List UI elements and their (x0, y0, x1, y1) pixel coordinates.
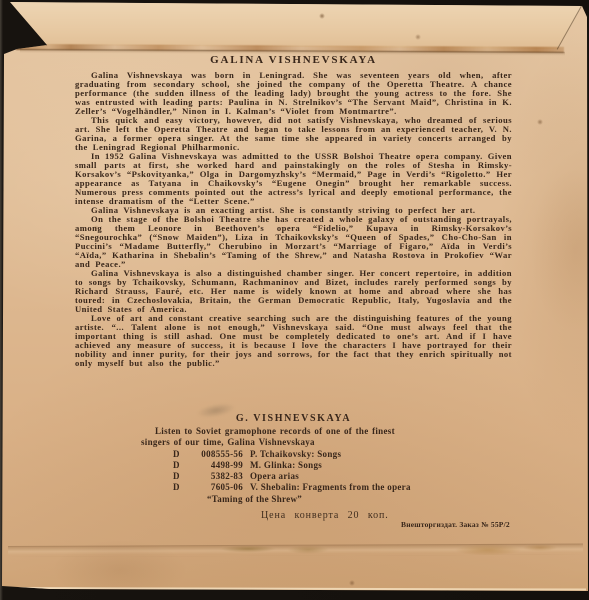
discography-heading: G. VISHNEVSKAYA (75, 413, 512, 424)
record-row: D 5382-83 Opera arias (173, 471, 512, 482)
record-label: D (173, 482, 187, 493)
record-list: D 008555-56 P. Tchaikovsky: Songs D 4498… (173, 449, 512, 505)
publisher-imprint: Внешторгиздат. Заказ № 55Р/2 (401, 520, 510, 529)
sleeve-title: GALINA VISHNEVSKAYA (75, 54, 512, 66)
record-row: D 4498-99 M. Glinka: Songs (173, 460, 512, 471)
record-title: Opera arias (250, 471, 299, 482)
bio-paragraph: Galina Vishnevskaya was born in Leningra… (75, 71, 512, 116)
biography-text: Galina Vishnevskaya was born in Leningra… (75, 71, 512, 368)
price-text: Цена конверта 20 коп. (261, 510, 389, 521)
record-label: D (173, 471, 187, 482)
record-sleeve-back: GALINA VISHNEVSKAYA Galina Vishnevskaya … (0, 0, 589, 600)
record-number: 4498-99 (187, 460, 250, 471)
bio-paragraph: This quick and easy victory, however, di… (75, 116, 512, 152)
record-title-continuation: “Taming of the Shrew” (207, 494, 512, 505)
record-row: D 008555-56 P. Tchaikovsky: Songs (173, 449, 512, 460)
bio-paragraph: In 1952 Galina Vishnevskaya was admitted… (75, 152, 512, 206)
record-row: D 7605-06 V. Shebalin: Fragments from th… (173, 482, 512, 493)
photo-background: GALINA VISHNEVSKAYA Galina Vishnevskaya … (0, 0, 589, 600)
record-title: M. Glinka: Songs (250, 460, 322, 471)
discography-intro: Listen to Soviet gramophone records of o… (141, 426, 421, 448)
discography-section: G. VISHNEVSKAYA Listen to Soviet gramoph… (75, 413, 512, 505)
bio-paragraph: On the stage of the Bolshoi Theatre she … (75, 215, 512, 269)
record-number: 5382-83 (187, 471, 250, 482)
bio-paragraph: Galina Vishnevskaya is also a distinguis… (75, 269, 512, 314)
record-label: D (173, 460, 187, 471)
record-title: P. Tchaikovsky: Songs (250, 449, 341, 460)
record-label: D (173, 449, 187, 460)
record-number: 008555-56 (187, 449, 250, 460)
printed-content: GALINA VISHNEVSKAYA Galina Vishnevskaya … (75, 0, 512, 600)
record-number: 7605-06 (187, 482, 250, 493)
record-title: V. Shebalin: Fragments from the opera (250, 482, 411, 493)
bio-paragraph: Love of art and constant creative search… (75, 314, 512, 368)
sleeve-footer: Цена конверта 20 коп. Внешторгиздат. Зак… (75, 506, 512, 536)
